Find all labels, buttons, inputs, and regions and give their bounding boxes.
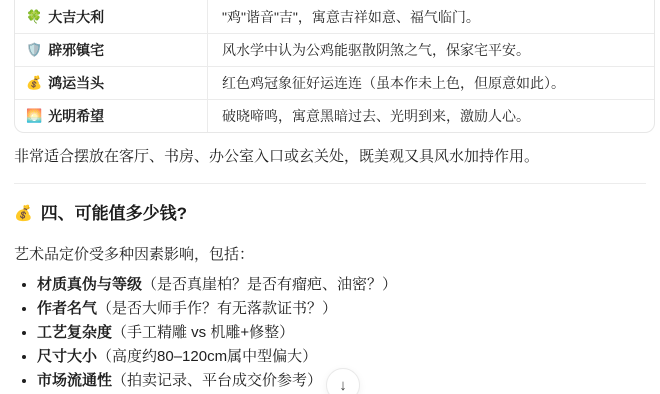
shield-icon: 🛡️	[26, 42, 42, 58]
factor-term: 工艺复杂度	[37, 324, 112, 341]
list-item: 作者名气（是否大师手作？有无落款证书？）	[37, 297, 646, 321]
benefit-label: 光明希望	[48, 106, 104, 126]
factor-detail: （拍卖记录、平台成交价参考）	[112, 372, 322, 389]
section-divider	[14, 183, 646, 184]
section-title: 四、可能值多少钱?	[41, 201, 187, 227]
factor-detail: （是否大师手作？有无落款证书？）	[97, 300, 337, 317]
placement-note: 非常适合摆放在客厅、书房、办公室入口或玄关处，既美观又具风水加持作用。	[14, 145, 646, 169]
list-item: 材质真伪与等级（是否真崖柏？是否有瘤疤、油密？）	[37, 273, 646, 297]
benefit-desc: "鸡"谐音"吉"，寓意吉祥如意、福气临门。	[208, 0, 654, 33]
benefit-label-cell: 🌅 光明希望	[15, 100, 208, 132]
factor-detail: （高度约80–120cm属中型偏大）	[97, 348, 317, 365]
table-row: 🌅 光明希望 破晓啼鸣，寓意黑暗过去、光明到来，激励人心。	[15, 99, 654, 132]
table-row: 💰 鸿运当头 红色鸡冠象征好运连连（虽本作未上色，但原意如此）。	[15, 66, 654, 99]
benefit-label-cell: 🛡️ 辟邪镇宅	[15, 34, 208, 66]
pricing-intro: 艺术品定价受多种因素影响，包括：	[14, 243, 646, 267]
factor-term: 作者名气	[37, 300, 97, 317]
benefits-table: 🍀 大吉大利 "鸡"谐音"吉"，寓意吉祥如意、福气临门。 🛡️ 辟邪镇宅 风水学…	[14, 0, 655, 133]
factor-term: 市场流通性	[37, 372, 112, 389]
benefit-label: 辟邪镇宅	[48, 40, 104, 60]
factor-term: 尺寸大小	[37, 348, 97, 365]
scroll-to-bottom-button[interactable]: ↓	[326, 368, 360, 394]
sunrise-icon: 🌅	[26, 108, 42, 124]
factor-detail: （手工精雕 vs 机雕+修整）	[112, 324, 294, 341]
table-row: 🍀 大吉大利 "鸡"谐音"吉"，寓意吉祥如意、福气临门。	[15, 0, 654, 33]
benefit-label: 大吉大利	[48, 7, 104, 27]
benefit-desc: 风水学中认为公鸡能驱散阴煞之气，保家宅平安。	[208, 34, 654, 66]
list-item: 工艺复杂度（手工精雕 vs 机雕+修整）	[37, 321, 646, 345]
money-bag-icon: 💰	[26, 75, 42, 91]
arrow-down-icon: ↓	[339, 377, 347, 394]
benefit-desc: 红色鸡冠象征好运连连（虽本作未上色，但原意如此）。	[208, 67, 654, 99]
section-heading: 💰 四、可能值多少钱?	[14, 201, 646, 227]
factor-term: 材质真伪与等级	[37, 276, 142, 293]
factor-detail: （是否真崖柏？是否有瘤疤、油密？）	[142, 276, 397, 293]
chat-content: 🍀 大吉大利 "鸡"谐音"吉"，寓意吉祥如意、福气临门。 🛡️ 辟邪镇宅 风水学…	[0, 0, 660, 393]
table-row: 🛡️ 辟邪镇宅 风水学中认为公鸡能驱散阴煞之气，保家宅平安。	[15, 33, 654, 66]
benefit-label-cell: 💰 鸿运当头	[15, 67, 208, 99]
benefit-label-cell: 🍀 大吉大利	[15, 0, 208, 33]
money-bag-icon: 💰	[14, 201, 33, 227]
four-leaf-clover-icon: 🍀	[26, 9, 42, 25]
list-item: 尺寸大小（高度约80–120cm属中型偏大）	[37, 345, 646, 369]
benefit-desc: 破晓啼鸣，寓意黑暗过去、光明到来，激励人心。	[208, 100, 654, 132]
benefit-label: 鸿运当头	[48, 73, 104, 93]
